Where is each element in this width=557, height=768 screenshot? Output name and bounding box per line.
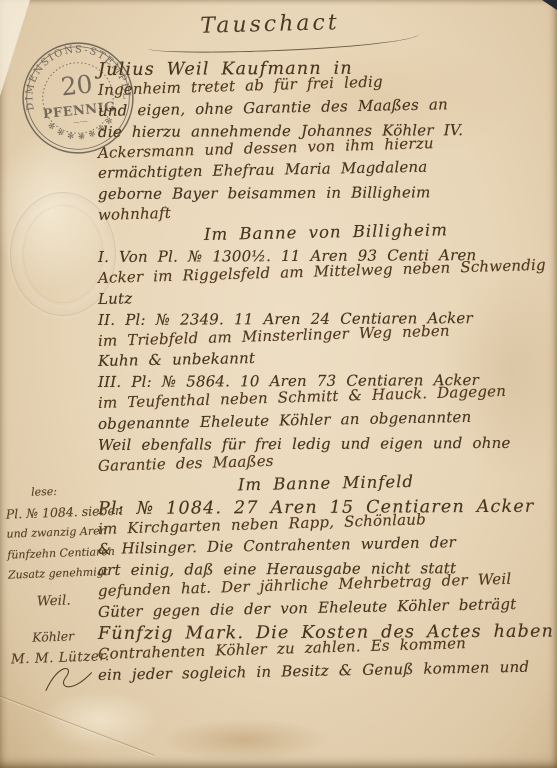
paraph-flourish bbox=[41, 659, 98, 701]
margin-note-line: Zusatz genehmigt bbox=[8, 562, 101, 586]
signature-line: Weil. bbox=[37, 589, 102, 612]
margin-notes: lese:Pl. № 1084. siebenund zwanzig Arenf… bbox=[5, 480, 103, 669]
margin-note-line: lese: bbox=[31, 480, 98, 503]
embossed-seal-inner bbox=[23, 205, 103, 303]
scanned-document: Tauschact DIMENSIONS-STEMPEL ✻ ✻ ✻ ❋ ✻ ✻… bbox=[0, 0, 557, 768]
stamp-ornament: —·— bbox=[73, 118, 88, 126]
fold-crease bbox=[0, 694, 155, 756]
paper-stain bbox=[160, 718, 330, 762]
stamp-value: 20 bbox=[59, 69, 93, 101]
manuscript-lines: Julius Weil Kaufmann inIngenheim tretet … bbox=[98, 60, 554, 687]
signature-line: Köhler bbox=[32, 625, 103, 648]
margin-note-line: und zwanzig Aren bbox=[6, 521, 99, 545]
scan-corner-clip bbox=[542, 0, 557, 10]
